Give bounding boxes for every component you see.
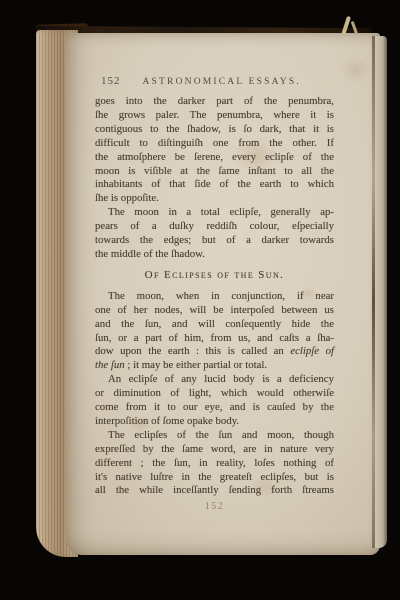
text-line: ſhe grows paler. The penumbra, where it … (95, 109, 334, 123)
text-line: the ſun ; it may be either partial or to… (95, 359, 334, 373)
text-line: contiguous to the ſhadow, is ſo dark, th… (95, 123, 334, 137)
book-page: 152 ASTRONOMICAL ESSAYS. goes into the d… (66, 33, 380, 555)
text-line: interpoſition of ſome opake body. (95, 415, 334, 429)
text-line: towards the edges; but of a darker towar… (95, 234, 334, 248)
printed-content: 152 ASTRONOMICAL ESSAYS. goes into the d… (95, 75, 334, 512)
text-line: come from it to our eye, and is cauſed b… (95, 401, 334, 415)
footer-page-number: 152 (95, 501, 334, 512)
text-line: the atmoſphere be ſerene, every eclipſe … (95, 151, 334, 165)
text-block: goes into the darker part of the penumbr… (95, 95, 334, 498)
text-line: dow upon the earth : this is called an e… (95, 345, 334, 359)
text-line: ſun, or a part of him, from us, and caſt… (95, 332, 334, 346)
text-line: expreſſed by the ſame word, are in natur… (95, 443, 334, 457)
text-line: different ; the ſun, in reality, loſes n… (95, 457, 334, 471)
text-line: it's native luſtre in the greateſt eclip… (95, 471, 334, 485)
text-line: moon is viſible at the ſame inſtant to a… (95, 165, 334, 179)
text-line: all the while inceſſantly ſending forth … (95, 484, 334, 498)
text-line: and the ſun, and will conſequently hide … (95, 318, 334, 332)
text-line: difficult to diſtinguiſh one from the ot… (95, 137, 334, 151)
text-line: inhabitants of that ſide of the earth to… (95, 178, 334, 192)
page-stain (334, 51, 376, 89)
header-page-number: 152 (101, 75, 121, 87)
text-line: goes into the darker part of the penumbr… (95, 95, 334, 109)
book-photo: 152 ASTRONOMICAL ESSAYS. goes into the d… (0, 0, 400, 600)
page-header: 152 ASTRONOMICAL ESSAYS. (101, 75, 334, 87)
text-line: or diminution of light, which would othe… (95, 387, 334, 401)
text-line: An eclipſe of any lucid body is a defici… (95, 373, 334, 387)
text-line: The eclipſes of the ſun and moon, though (95, 429, 334, 443)
text-line: one of her nodes, will be interpoſed bet… (95, 304, 334, 318)
text-line: ſhe is oppoſite. (95, 192, 334, 206)
text-line: The moon, when in conjunction, if near (95, 290, 334, 304)
header-running-title: ASTRONOMICAL ESSAYS. (143, 77, 301, 87)
facing-page-edge (375, 36, 387, 548)
text-line: the middle of the ſhadow. (95, 248, 334, 262)
text-line: The moon in a total eclipſe, generally a… (95, 206, 334, 220)
section-heading: Of Eclipses of the Sun. (95, 269, 334, 283)
text-line: pears of a duſky reddiſh colour, eſpecia… (95, 220, 334, 234)
